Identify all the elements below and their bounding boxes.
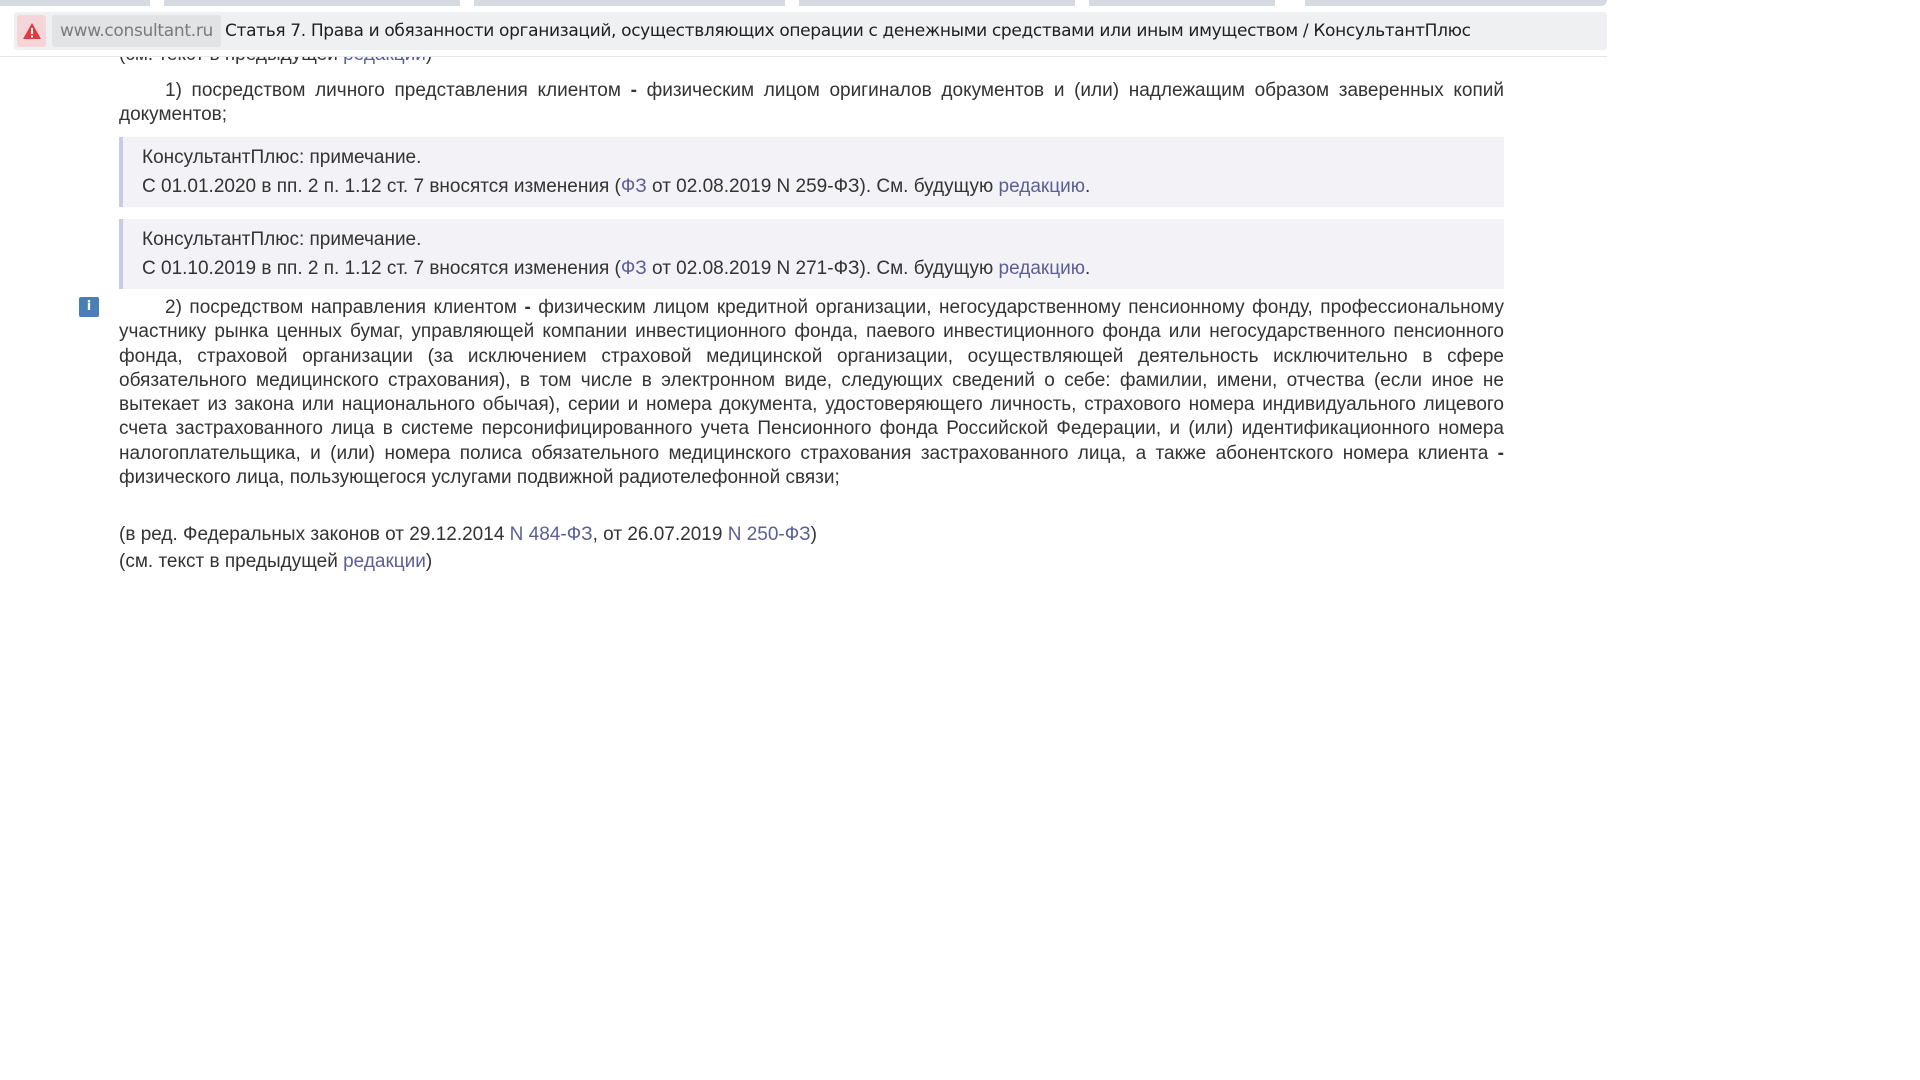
previous-edition-line: (см. текст в предыдущей редакции) xyxy=(119,550,432,574)
future-edition-link[interactable]: редакцию xyxy=(999,258,1085,279)
info-icon[interactable]: i xyxy=(79,297,99,317)
tab-separator xyxy=(150,0,164,6)
note-text: . xyxy=(1085,176,1090,197)
item-2-text: 2) посредством направления клиентом xyxy=(165,297,524,318)
note-text: от 02.08.2019 N 259-ФЗ). См. будущую xyxy=(647,176,999,197)
tab-separator xyxy=(785,0,799,6)
law-484-link[interactable]: N 484-ФЗ xyxy=(510,524,593,545)
item-2-paragraph: 2) посредством направления клиентом - фи… xyxy=(119,296,1504,490)
note-body: С 01.01.2020 в пп. 2 п. 1.12 ст. 7 внося… xyxy=(142,172,1485,201)
item-1-paragraph: 1) посредством личного представления кли… xyxy=(119,79,1504,128)
browser-window: www.consultant.ru Статья 7. Права и обяз… xyxy=(0,0,1920,1080)
item-2-text: физическим лицом кредитной организации, … xyxy=(119,297,1504,464)
item-1-text: 1) посредством личного представления кли… xyxy=(165,80,631,101)
prev-edition-link[interactable]: редакции xyxy=(343,551,426,572)
note-body: С 01.10.2019 в пп. 2 п. 1.12 ст. 7 внося… xyxy=(142,254,1485,283)
note-heading: КонсультантПлюс: примечание. xyxy=(142,225,1485,254)
future-edition-link[interactable]: редакцию xyxy=(999,176,1085,197)
note-text: от 02.08.2019 N 271-ФЗ). См. будущую xyxy=(647,258,999,279)
amendment-line: (в ред. Федеральных законов от 29.12.201… xyxy=(119,523,817,547)
note-text: С 01.01.2020 в пп. 2 п. 1.12 ст. 7 внося… xyxy=(142,176,621,197)
tab-separator xyxy=(1075,0,1089,6)
amendment-text: (в ред. Федеральных законов от 29.12.201… xyxy=(119,524,510,545)
prev-edition-suffix: ) xyxy=(426,551,432,572)
item-2-text: физического лица, пользующегося услугами… xyxy=(119,467,840,488)
url-domain[interactable]: www.consultant.ru xyxy=(52,15,221,47)
note-text: С 01.10.2019 в пп. 2 п. 1.12 ст. 7 внося… xyxy=(142,258,621,279)
security-warning-button[interactable] xyxy=(17,15,46,47)
law-link[interactable]: ФЗ xyxy=(621,258,647,279)
law-250-link[interactable]: N 250-ФЗ xyxy=(728,524,811,545)
note-heading: КонсультантПлюс: примечание. xyxy=(142,143,1485,172)
law-link[interactable]: ФЗ xyxy=(621,176,647,197)
chrome-divider xyxy=(0,56,1607,57)
dash: - xyxy=(1498,443,1504,464)
tab-separator xyxy=(460,0,474,6)
tab-strip[interactable] xyxy=(0,0,1607,6)
prev-edition-text: (см. текст в предыдущей xyxy=(119,551,343,572)
amendment-text: ) xyxy=(811,524,817,545)
warning-triangle-icon xyxy=(22,22,42,40)
consultant-note-1: КонсультантПлюс: примечание. С 01.01.202… xyxy=(119,137,1504,207)
consultant-note-2: КонсультантПлюс: примечание. С 01.10.201… xyxy=(119,219,1504,289)
active-tab-gap xyxy=(1275,0,1305,6)
page-title[interactable]: Статья 7. Права и обязанности организаци… xyxy=(225,15,1471,47)
amendment-text: , от 26.07.2019 xyxy=(593,524,728,545)
note-text: . xyxy=(1085,258,1090,279)
address-bar[interactable]: www.consultant.ru Статья 7. Права и обяз… xyxy=(14,12,1607,50)
